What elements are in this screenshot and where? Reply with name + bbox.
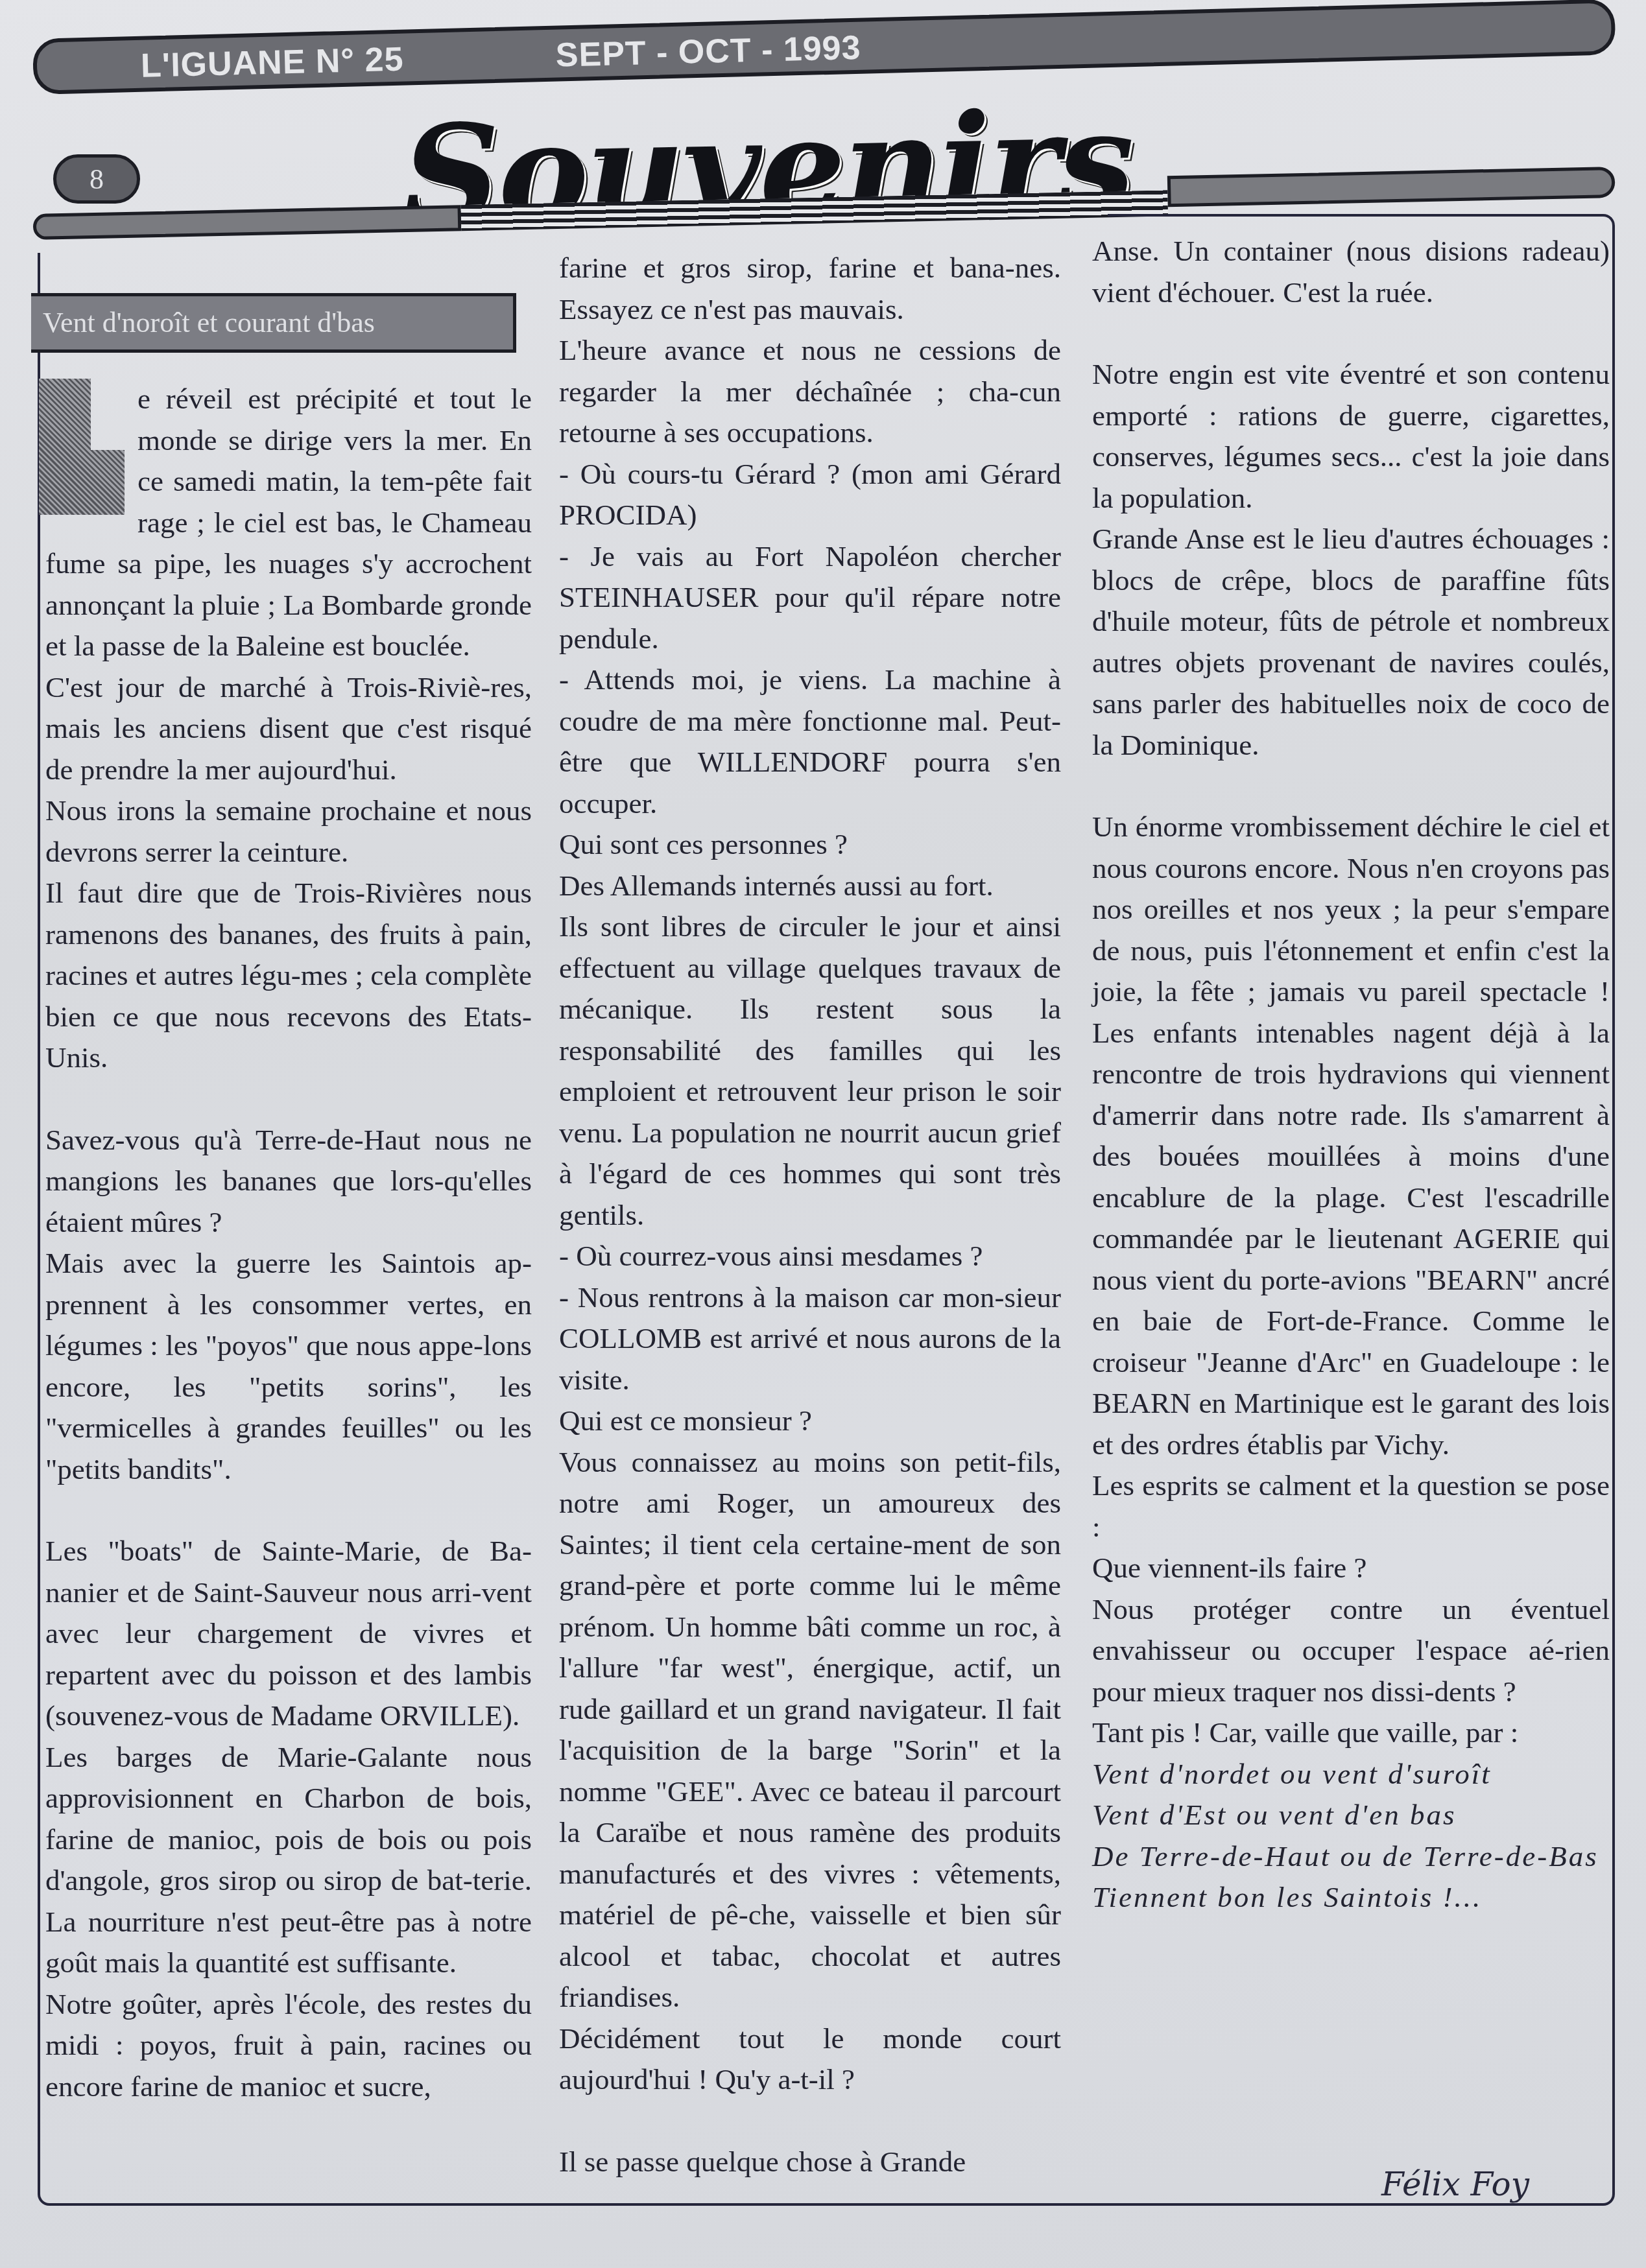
masthead-bar: L'IGUANE N° 25 SEPT - OCT - 1993 xyxy=(32,0,1616,95)
verse-line: Vent d'nordet ou vent d'suroît xyxy=(1092,1754,1610,1795)
paragraph: Vous connaissez au moins son petit-fils,… xyxy=(559,1442,1061,2018)
paragraph: Grande Anse est le lieu d'autres échouag… xyxy=(1092,519,1610,766)
paragraph: Qui est ce monsieur ? xyxy=(559,1400,1061,1442)
paragraph: C'est jour de marché à Trois-Riviè-res, … xyxy=(45,667,532,791)
paragraph: Les barges de Marie-Galante nous approvi… xyxy=(45,1737,532,1984)
issue-number: L'IGUANE N° 25 xyxy=(140,40,404,86)
verse-line: De Terre-de-Haut ou de Terre-de-Bas xyxy=(1092,1836,1610,1878)
paragraph: Que viennent-ils faire ? xyxy=(1092,1548,1610,1589)
paragraph: - Nous rentrons à la maison car mon-sieu… xyxy=(559,1277,1061,1401)
column-1: e réveil est précipité et tout le monde … xyxy=(45,379,532,2107)
paragraph: - Je vais au Fort Napoléon chercher STEI… xyxy=(559,536,1061,660)
paragraph: Notre engin est vite éventré et son cont… xyxy=(1092,354,1610,519)
rule-left-segment xyxy=(33,205,462,240)
paragraph: L'heure avance et nous ne cessions de re… xyxy=(559,330,1061,454)
paragraph: Savez-vous qu'à Terre-de-Haut nous ne ma… xyxy=(45,1120,532,1244)
column-3: Anse. Un container (nous disions radeau)… xyxy=(1092,231,1610,1919)
paragraph: e réveil est précipité et tout le monde … xyxy=(45,379,532,667)
paragraph: Les "boats" de Sainte-Marie, de Ba-nanie… xyxy=(45,1531,532,1737)
paragraph: Ils sont libres de circuler le jour et a… xyxy=(559,906,1061,1236)
paragraph: Il faut dire que de Trois-Rivières nous … xyxy=(45,873,532,1079)
paragraph: Tant pis ! Car, vaille que vaille, par : xyxy=(1092,1712,1610,1754)
paragraph: Les esprits se calment et la question se… xyxy=(1092,1465,1610,1548)
verse-line: Tiennent bon les Saintois !... xyxy=(1092,1877,1610,1919)
paragraph: Un énorme vrombissement déchire le ciel … xyxy=(1092,807,1610,1465)
issue-date: SEPT - OCT - 1993 xyxy=(555,29,861,75)
paragraph: - Attends moi, je viens. La machine à co… xyxy=(559,659,1061,824)
paragraph: - Où courrez-vous ainsi mesdames ? xyxy=(559,1236,1061,1277)
paragraph: Anse. Un container (nous disions radeau)… xyxy=(1092,231,1610,313)
paragraph: Notre goûter, après l'école, des restes … xyxy=(45,1984,532,2108)
article-subheading: Vent d'noroît et courant d'bas xyxy=(31,293,516,353)
paragraph: Des Allemands internés aussi au fort. xyxy=(559,866,1061,907)
paragraph: farine et gros sirop, farine et bana-nes… xyxy=(559,248,1061,330)
paragraph: Il se passe quelque chose à Grande xyxy=(559,2142,1061,2183)
paragraph: Nous protéger contre un éventuel envahis… xyxy=(1092,1589,1610,1713)
paragraph: Qui sont ces personnes ? xyxy=(559,824,1061,866)
dropcap-l xyxy=(39,379,125,515)
paragraph: Nous irons la semaine prochaine et nous … xyxy=(45,790,532,873)
author-signature: Félix Foy xyxy=(1381,2166,1529,2203)
paragraph: - Où cours-tu Gérard ? (mon ami Gérard P… xyxy=(559,454,1061,536)
paragraph: Décidément tout le monde court aujourd'h… xyxy=(559,2018,1061,2101)
column-2: farine et gros sirop, farine et bana-nes… xyxy=(559,248,1061,2182)
verse-line: Vent d'Est ou vent d'en bas xyxy=(1092,1795,1610,1836)
paragraph: Mais avec la guerre les Saintois ap-pren… xyxy=(45,1243,532,1490)
rule-right-segment xyxy=(1167,167,1616,207)
